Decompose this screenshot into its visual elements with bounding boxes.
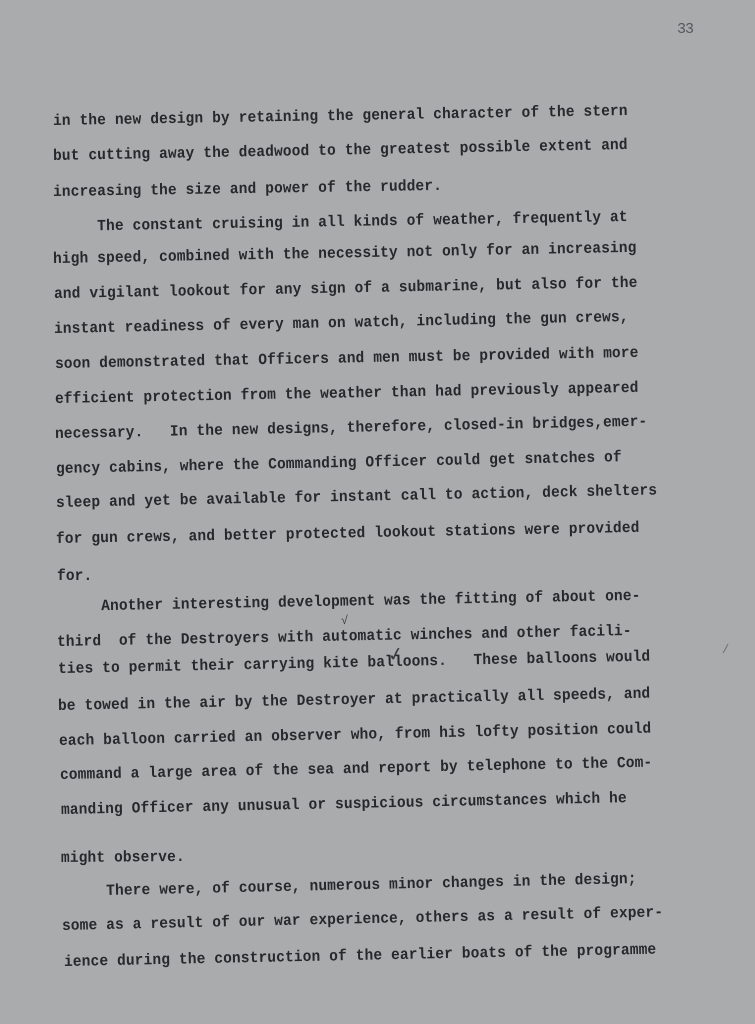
text-line: sleep and yet be available for instant c… — [56, 481, 658, 512]
text-line: gency cabins, where the Commanding Offic… — [56, 448, 622, 478]
text-line: some as a result of our war experience, … — [62, 903, 664, 935]
text-line: soon demonstrated that Officers and men … — [55, 344, 639, 373]
text-line: but cutting away the deadwood to the gre… — [53, 136, 628, 165]
text-line: The constant cruising in all kinds of we… — [53, 208, 628, 236]
text-line: ties to permit their carrying kite ballo… — [58, 648, 651, 678]
text-line: for gun crews, and better protected look… — [56, 519, 640, 548]
text-line: increasing the size and power of the rud… — [53, 177, 442, 201]
page-number: 33 — [677, 21, 693, 38]
check-mark-icon: √ — [341, 614, 348, 628]
text-line: instant readiness of every man on watch,… — [54, 308, 629, 338]
text-line: high speed, combined with the necessity … — [53, 239, 637, 268]
text-line: efficient protection from the weather th… — [55, 379, 639, 408]
text-line: Another interesting development was the … — [57, 587, 641, 616]
text-line: necessary. In the new designs, therefore… — [55, 413, 648, 443]
text-line: be towed in the air by the Destroyer at … — [58, 685, 651, 715]
text-line: There were, of course, numerous minor ch… — [62, 870, 637, 901]
text-line: manding Officer any unusual or suspiciou… — [61, 789, 627, 819]
text-line: each balloon carried an observer who, fr… — [59, 720, 652, 750]
text-line: command a large area of the sea and repo… — [60, 754, 653, 784]
margin-mark-icon: / — [722, 643, 729, 657]
text-line: in the new design by retaining the gener… — [53, 102, 628, 130]
text-line: ience during the construction of the ear… — [64, 941, 657, 971]
text-line: might observe. — [61, 848, 185, 867]
text-line: and vigilant lookout for any sign of a s… — [54, 274, 638, 303]
text-line: for. — [57, 567, 92, 585]
